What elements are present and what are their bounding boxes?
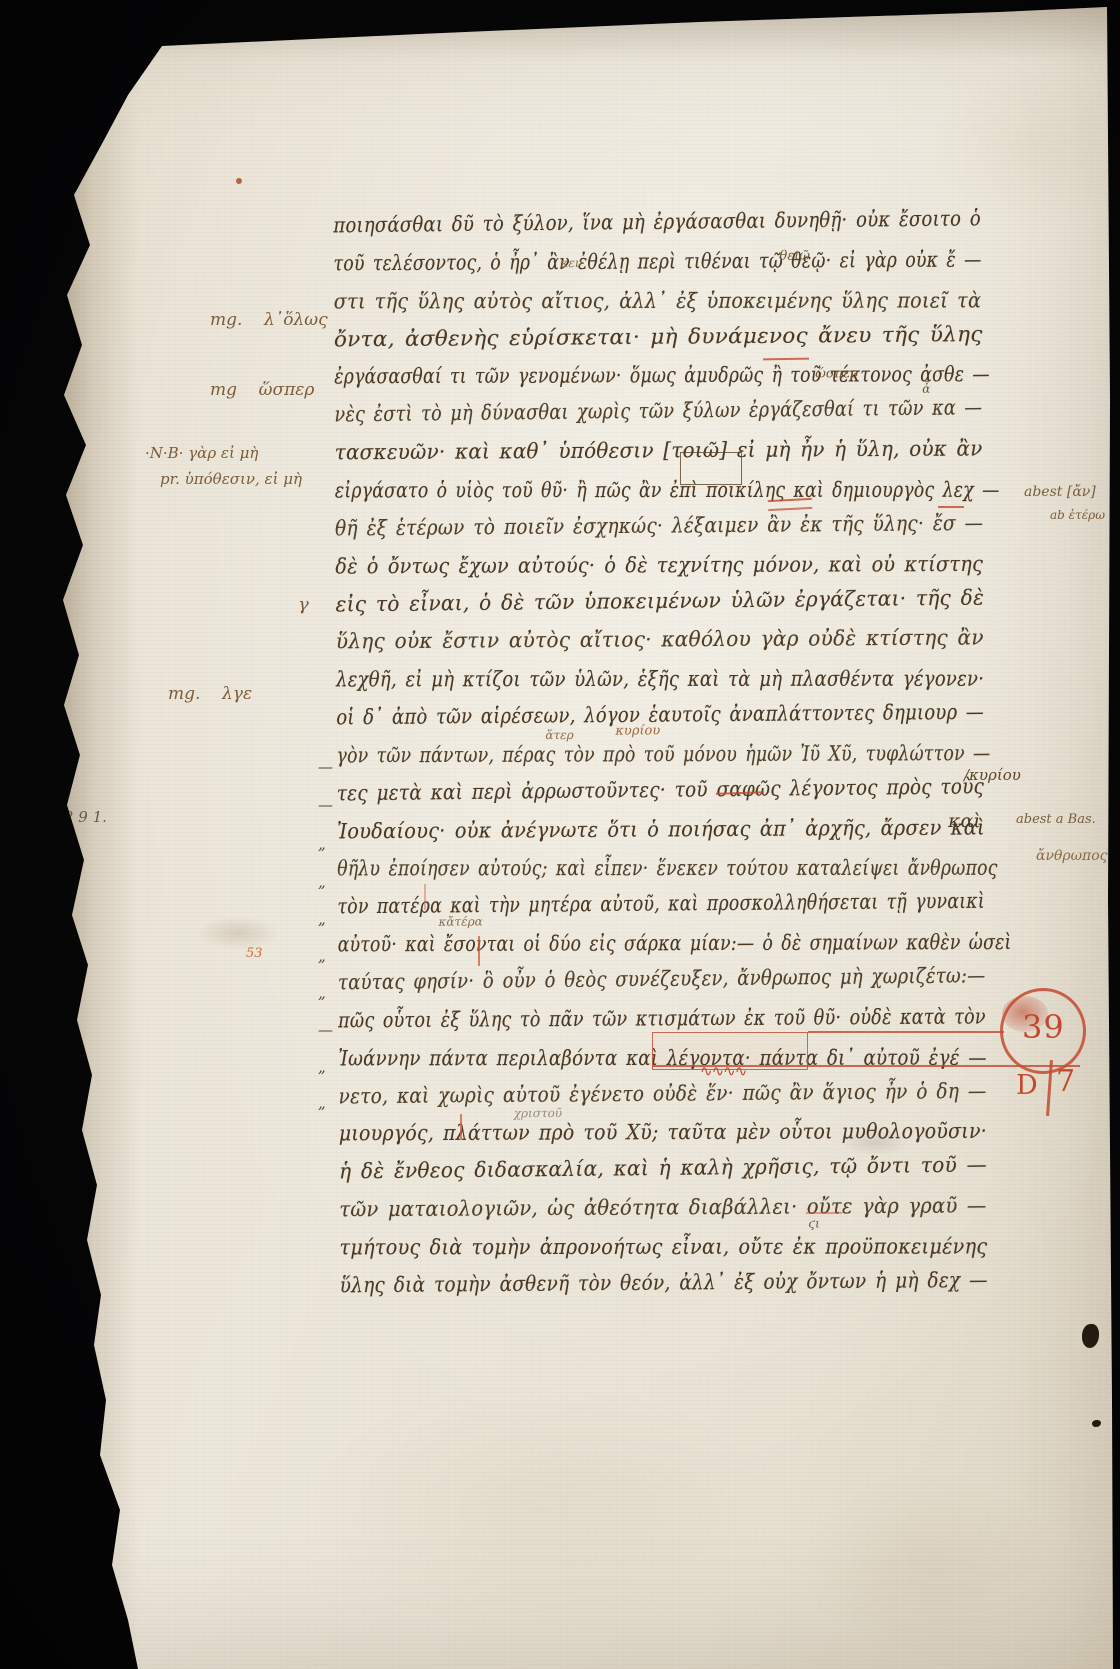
margin-note: abest a Bas. [1016,812,1096,827]
manuscript-line: τμήτους διὰ τομὴν ἀπρονοήτως εἶναι, οὔτε… [339,1234,987,1259]
manuscript-line: τὸν πατέρα καὶ τὴν μητέρα αὐτοῦ, καὶ προ… [337,889,985,919]
margin-note: 53 [246,946,263,961]
margin-ditto-mark: — [318,1021,333,1039]
interlinear-gloss: ὥσπερ [815,366,858,381]
margin-note: ab ἑτέρω [1050,508,1105,522]
manuscript-line: στι τῆς ὕλης αὐτὸς αἴτιος, ἀλλ᾽ ἐξ ὑποκε… [334,288,981,313]
margin-ditto-mark: „ [318,984,326,1002]
interlinear-gloss: κἄτέρα [438,914,482,928]
manuscript-line: δὲ ὁ ὄντως ἔχων αὐτούς· ὁ δὲ τεχνίτης μό… [335,552,983,578]
manuscript-line: λεχθῆ, εἰ μὴ κτίζοι τῶν ὑλῶν, ἑξῆς καὶ τ… [336,667,984,692]
manuscript-line: πῶς οὗτοι ἐξ ὕλης τὸ πᾶν τῶν κτισμάτων ἐ… [338,1004,986,1032]
red-insertion-stroke [424,884,426,910]
margin-note: abest [ἄν] [1024,484,1096,500]
manuscript-page: ποιησάσθαι δῦ τὸ ξύλον, ἵνα μὴ ἐργάσασθα… [0,0,1120,1669]
margin-ditto-mark: — [318,758,333,776]
manuscript-line: εἰργάσατο ὁ υἱὸς τοῦ θῦ· ἢ πῶς ἂν ἐπὶ πο… [335,478,1000,503]
manuscript-line: ὄντα, ἀσθενὴς εὑρίσκεται· μὴ δυνάμενος ἄ… [334,322,983,351]
interlinear-gloss: ϛι [808,1216,820,1230]
manuscript-line: τῶν ματαιολογιῶν, ὡς ἀθεότητα διαβάλλει·… [339,1193,986,1221]
margin-ditto-mark: „ [318,873,326,891]
manuscript-line: θῆ ἐξ ἑτέρων τὸ ποιεῖν ἐσχηκώς· λέξαιμεν… [335,511,983,541]
margin-note: 2 9 1. [64,808,107,826]
interlinear-gloss: κεν [560,256,582,270]
ink-correction-box [680,452,742,485]
manuscript-line: μιουργός, πλάττων πρὸ τοῦ Χῦ; ταῦτα μὲν … [339,1119,987,1145]
margin-ditto-mark: „ [318,910,326,928]
manuscript-line: θῆλυ ἐποίησεν αὐτούς; καὶ εἶπεν· ἕνεκεν … [337,856,997,881]
quire-letter: D [1016,1070,1038,1101]
margin-note: /κυρίου [964,766,1021,784]
margin-note: ἄνθρωπος [1036,848,1108,864]
manuscript-line: νὲς ἐστὶ τὸ μὴ δύνασθαι χωρὶς τῶν ξύλων … [334,395,982,426]
red-squiggle: ∿∿∿∿ [700,1062,746,1080]
photograph-backdrop: ποιησάσθαι δῦ τὸ ξύλον, ἵνα μὴ ἐργάσασθα… [0,0,1120,1669]
manuscript-line: ἡ δὲ ἔνθεος διδασκαλία, καὶ ἡ καλὴ χρῆσι… [339,1153,987,1184]
manuscript-line: εἰς τὸ εἶναι, ὁ δὲ τῶν ὑποκειμένων ὑλῶν … [335,585,984,616]
text-block: ποιησάσθαι δῦ τὸ ξύλον, ἵνα μὴ ἐργάσασθα… [0,0,1120,1669]
folio-number: 39 [1022,1008,1065,1046]
margin-ditto-mark: „ [318,1094,326,1112]
margin-note: mg. λ᾽ὅλως [210,310,328,330]
interlinear-gloss: κυρίου [615,723,660,738]
red-rule-upper [808,1031,1004,1033]
red-insertion-stroke [460,1114,462,1140]
manuscript-line: τες μετὰ καὶ περὶ ἀρρωστοῦντες· τοῦ σαφῶ… [337,774,985,805]
manuscript-line: ὕλης οὐκ ἔστιν αὐτὸς αἴτιος· καθόλου γὰρ… [336,626,984,654]
interlinear-gloss: θειῶ [779,248,810,263]
manuscript-line: τασκευῶν· καὶ καθ᾽ ὑπόθεσιν [τοιῶ] εἰ μὴ… [335,437,983,465]
margin-ditto-mark: „ [318,1058,326,1076]
interlinear-gloss: ἅτερ [545,728,573,742]
red-insertion-stroke [478,936,480,966]
margin-ditto-mark: — [318,796,333,814]
margin-note: γ [298,594,309,615]
manuscript-line: γὸν τῶν πάντων, πέρας τὸν πρὸ τοῦ μόνου … [336,741,990,767]
manuscript-line: νετο, καὶ χωρὶς αὐτοῦ ἐγένετο οὐδὲ ἕν· π… [338,1078,986,1108]
margin-note: ·Ν·Β· γὰρ εἰ μὴ [145,444,258,462]
manuscript-line: Ἰουδαίους· οὐκ ἀνέγνωτε ὅτι ὁ ποιήσας ἀπ… [337,815,985,843]
margin-ditto-mark: „ [318,835,326,853]
manuscript-line: αὐτοῦ· καὶ ἔσονται οἱ δύο εἰς σάρκα μίαν… [338,930,1012,956]
red-strikeout [768,498,813,511]
manuscript-line: τοῦ τελέσοντος, ὁ ἦρ᾽ ἂν ἐθέλῃ περὶ τιθέ… [333,247,981,275]
red-dash [938,506,964,508]
margin-note: καὶ [948,810,981,832]
margin-ditto-mark: „ [318,947,326,965]
manuscript-line: ταύτας φησίν· ὃ οὖν ὁ θεὸς συνέζευξεν, ἄ… [338,963,986,994]
manuscript-line: ὕλης διὰ τομὴν ἀσθενῆ τὸν θεόν, ἀλλ᾽ ἐξ … [340,1268,988,1298]
manuscript-line: ποιησάσθαι δῦ τὸ ξύλον, ἵνα μὴ ἐργάσασθα… [333,206,981,237]
margin-note: mg. λγε [168,684,252,704]
margin-note: pr. ὑπόθεσιν, εἰ μὴ [160,470,302,488]
interlinear-gloss: χριστοῦ [514,1106,562,1120]
interlinear-gloss: ἆ [922,382,930,396]
quire-number: 7 [1056,1064,1075,1099]
manuscript-line: ἐργάσασθαί τι τῶν γενομένων· ὅμως ἀμυδρῶ… [334,362,990,388]
margin-note: mg ὥσπερ [210,380,314,400]
red-underline [806,1212,842,1214]
